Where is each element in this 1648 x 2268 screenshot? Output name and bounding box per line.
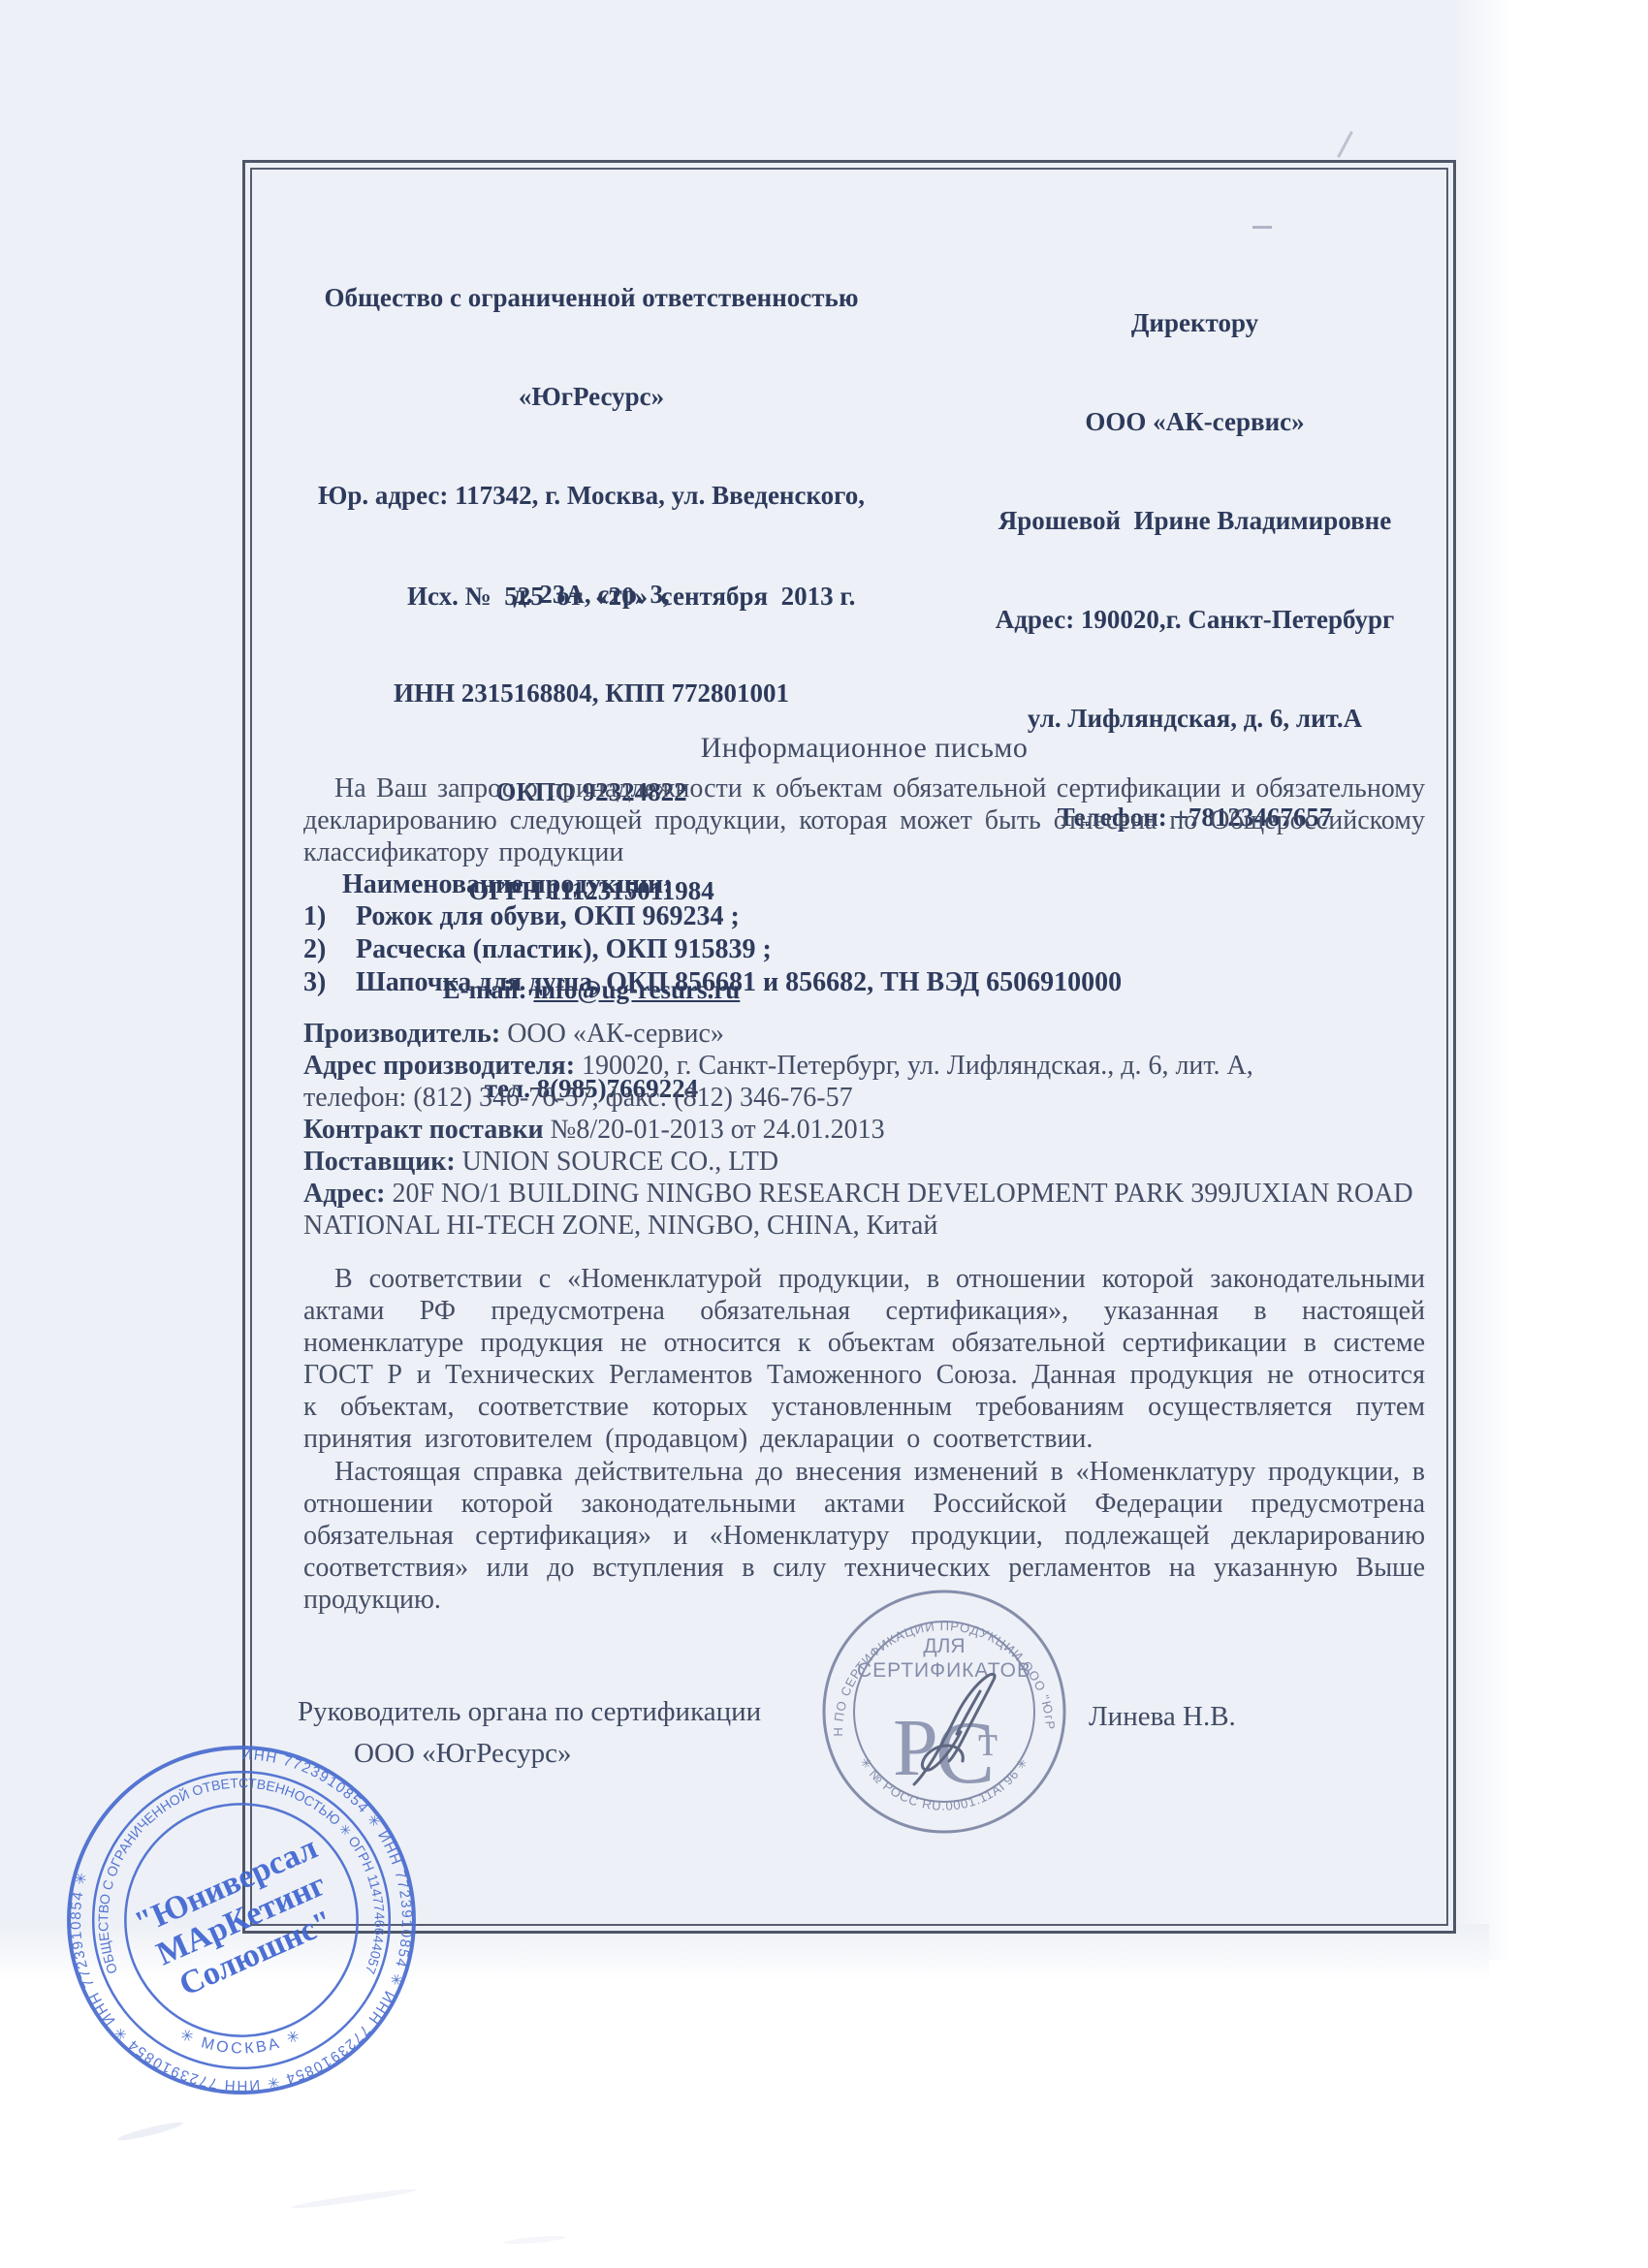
detail-value: телефон: (812) 346-76-57, факс: (812) 34…: [303, 1083, 853, 1113]
detail-value: 20F NO/1 BUILDING NINGBO RESEARCH DEVELO…: [303, 1179, 1413, 1241]
blue-company-stamp: ИНН 7723910854 ✳ ИНН 7723910854 ✳ ИНН 77…: [56, 1735, 427, 2105]
product-item: 1)Рожок для обуви, ОКП 969234 ;: [303, 900, 1425, 933]
product-number: 1): [303, 900, 356, 933]
cert-stamp-center-line1: ДЛЯ: [923, 1635, 965, 1657]
products-heading: Наименование продукции:: [303, 869, 673, 900]
product-item: 2)Расческа (пластик), ОКП 915839 ;: [303, 933, 1425, 966]
intro-paragraph: На Ваш запрос о принадлежности к объекта…: [303, 772, 1425, 868]
product-item: 3)Шапочка для душа, ОКП 856681 и 856682,…: [303, 966, 1425, 999]
blue-stamp-inner-ring-text-bottom: ✳ МОСКВА ✳: [177, 2026, 305, 2058]
reference-number-line: Исх. № 525 от «20» сентября 2013 г.: [407, 582, 855, 612]
product-text: Рожок для обуви, ОКП 969234 ;: [356, 900, 1425, 933]
detail-row-manufacturer-address: Адрес производителя: 190020, г. Санкт-Пе…: [303, 1050, 1425, 1082]
signature-role-line1: Руководитель органа по сертификации: [298, 1696, 761, 1728]
manufacturer-details: Производитель: ООО «АК-сервис» Адрес про…: [303, 1018, 1425, 1242]
detail-value: 190020, г. Санкт-Петербург, ул. Лифляндс…: [575, 1051, 1253, 1081]
product-number: 2): [303, 933, 356, 966]
sender-block: Общество с ограниченной ответственностью…: [284, 215, 899, 1138]
detail-value: №8/20-01-2013 от 24.01.2013: [544, 1115, 885, 1145]
sender-inn-kpp: ИНН 2315168804, КПП 772801001: [284, 677, 899, 709]
detail-value: UNION SOURCE CO., LTD: [456, 1147, 778, 1177]
blue-stamp-center-text: "Юниверсал МАрКетинг Солюшнс": [130, 1830, 353, 2010]
product-number: 3): [303, 966, 356, 999]
scan-edge-right: [1454, 0, 1512, 1960]
sender-address-line1: Юр. адрес: 117342, г. Москва, ул. Введен…: [284, 479, 899, 512]
signature-name: Линева Н.В.: [1089, 1701, 1236, 1733]
certification-round-stamp: ОРГАН ПО СЕРТИФИКАЦИИ ПРОДУКЦИИ ООО "ЮгР…: [819, 1587, 1069, 1837]
detail-row-contract: Контракт поставки №8/20-01-2013 от 24.01…: [303, 1114, 1425, 1146]
products-list: 1)Рожок для обуви, ОКП 969234 ; 2)Расчес…: [303, 900, 1425, 999]
recipient-address-line1: Адрес: 190020,г. Санкт-Петербург: [950, 603, 1440, 636]
scan-noise-mark: [504, 2234, 566, 2246]
scan-noise-mark: [291, 2187, 417, 2211]
detail-label: Поставщик:: [303, 1147, 456, 1177]
recipient-address-line2: ул. Лифляндская, д. 6, лит.А: [950, 702, 1440, 735]
recipient-role: Директору: [950, 306, 1440, 339]
svg-text:т: т: [978, 1716, 998, 1765]
sender-org-type: Общество с ограниченной ответственностью: [284, 281, 899, 314]
detail-value: ООО «АК-сервис»: [500, 1019, 724, 1049]
detail-row-supplier-address: Адрес: 20F NO/1 BUILDING NINGBO RESEARCH…: [303, 1178, 1425, 1242]
sender-company-name: «ЮгРесурс»: [284, 380, 899, 413]
detail-label: Контракт поставки: [303, 1115, 544, 1145]
scan-noise-mark: [116, 2120, 184, 2144]
body-paragraph-1: В соответствии с «Номенклатурой продукци…: [303, 1263, 1425, 1455]
document-title: Информационное письмо: [303, 732, 1425, 765]
detail-label: Адрес:: [303, 1179, 385, 1209]
scan-artifact-dash: [1252, 226, 1272, 229]
detail-row-supplier: Поставщик: UNION SOURCE CO., LTD: [303, 1146, 1425, 1178]
detail-label: Адрес производителя:: [303, 1051, 575, 1081]
rst-logo: Р С т: [893, 1703, 998, 1802]
recipient-person: Ярошевой Ирине Владимировне: [950, 504, 1440, 537]
detail-row-phone-fax: телефон: (812) 346-76-57, факс: (812) 34…: [303, 1082, 1425, 1114]
cert-stamp-center-line2: СЕРТИФИКАТОВ: [857, 1659, 1031, 1682]
recipient-company: ООО «АК-сервис»: [950, 405, 1440, 438]
svg-text:Р: Р: [893, 1703, 938, 1793]
detail-label: Производитель:: [303, 1019, 500, 1049]
detail-row-manufacturer: Производитель: ООО «АК-сервис»: [303, 1018, 1425, 1050]
product-text: Шапочка для душа, ОКП 856681 и 856682, Т…: [356, 966, 1425, 999]
product-text: Расческа (пластик), ОКП 915839 ;: [356, 933, 1425, 966]
